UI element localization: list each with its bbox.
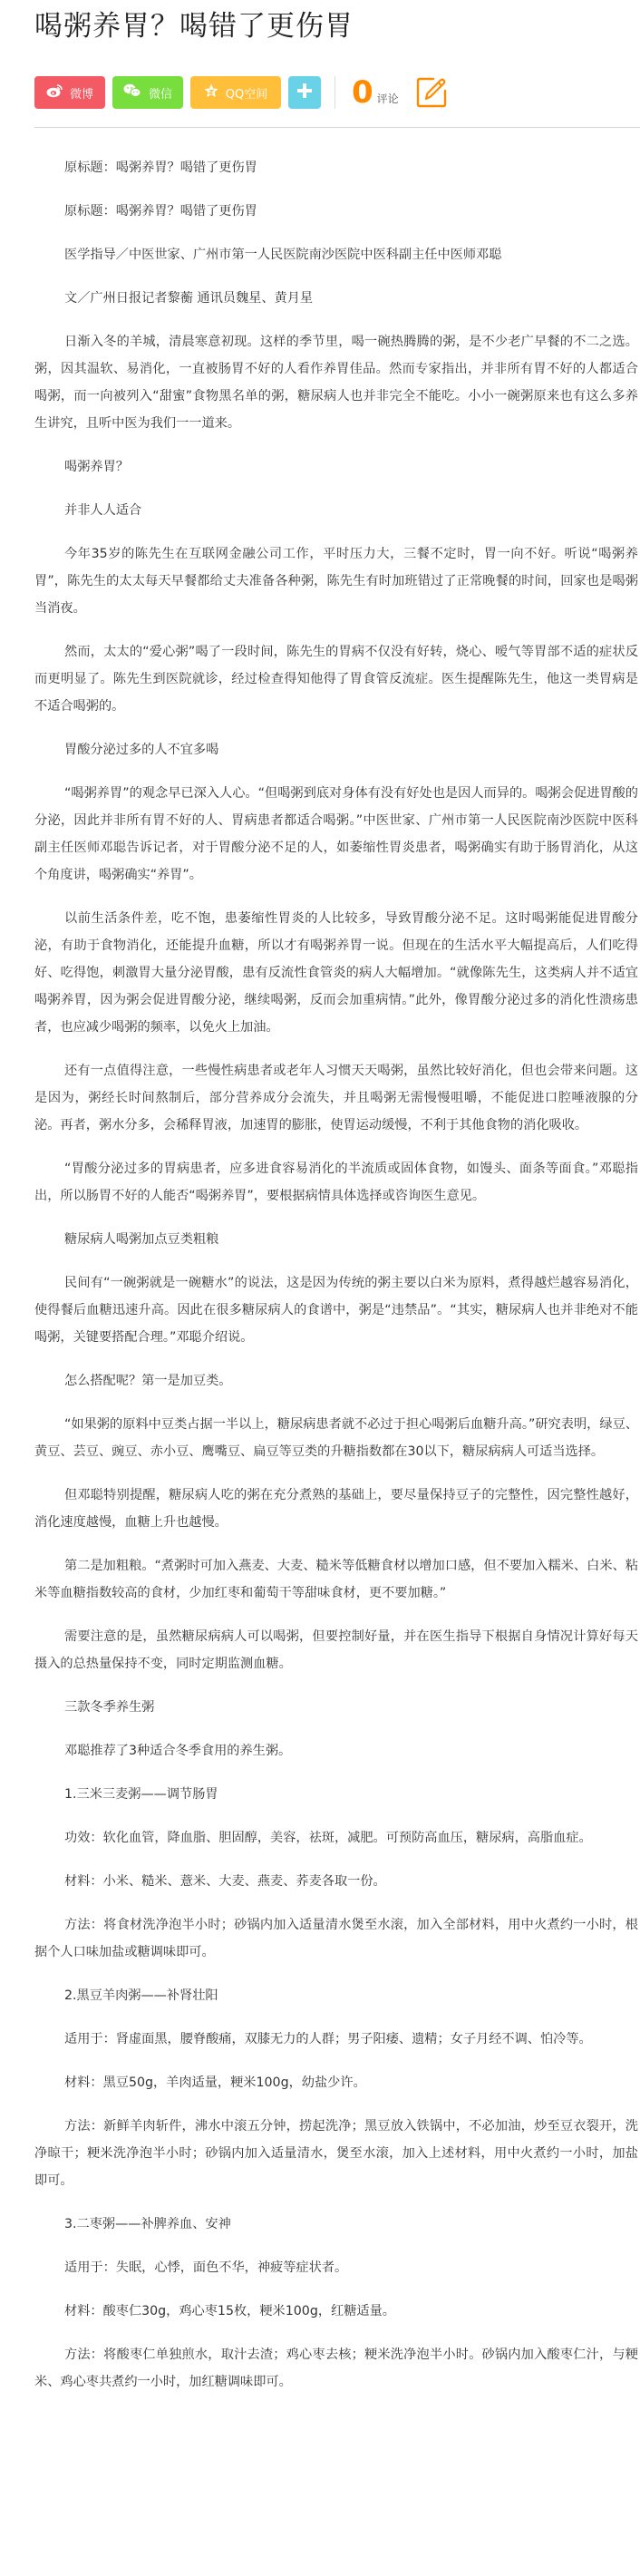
recipe-3-title: 3.二枣粥——补脾养血、安神 — [34, 2211, 638, 2238]
share-more-button[interactable] — [288, 76, 321, 109]
recipe-1-effect: 功效：软化血管，降血脂、胆固醇，美容，祛斑，减肥。可预防高血压，糖尿病，高脂血症… — [34, 1824, 638, 1852]
recipe-3-ingredients: 材料：酸枣仁30g，鸡心枣15枚，粳米100g，红糖适量。 — [34, 2298, 638, 2325]
subheading-diabetes: 糖尿病人喝粥加点豆类粗粮 — [34, 1226, 638, 1253]
paragraph: 但邓聪特别提醒，糖尿病人吃的粥在充分煮熟的基础上，要尽量保持豆子的完整性，因完整… — [34, 1482, 638, 1536]
wechat-icon — [123, 83, 141, 102]
share-weibo-label: 微博 — [70, 84, 93, 102]
article-body: 原标题：喝粥养胃？喝错了更伤胃 原标题：喝粥养胃？喝错了更伤胃 医学指导／中医世… — [34, 154, 638, 2412]
header-divider — [34, 127, 640, 128]
share-wechat-label: 微信 — [149, 84, 172, 102]
article-title: 喝粥养胃？喝错了更伤胃 — [34, 7, 354, 45]
share-wechat-button[interactable]: 微信 — [112, 76, 183, 109]
plus-icon — [296, 83, 313, 102]
paragraph: 然而，太太的“爱心粥”喝了一段时间，陈先生的胃病不仅没有好转，烧心、嗳气等胃部不… — [34, 638, 638, 720]
paragraph: 今年35岁的陈先生在互联网金融公司工作，平时压力大，三餐不定时，胃一向不好。听说… — [34, 540, 638, 622]
recipe-3-suitable: 适用于：失眠，心悸，面色不华，神疲等症状者。 — [34, 2254, 638, 2281]
paragraph: 第二是加粗粮。“煮粥时可加入燕麦、大麦、糙米等低糖食材以增加口感，但不要加入糯米… — [34, 1552, 638, 1607]
share-divider — [335, 76, 335, 109]
recipe-1-title: 1.三米三麦粥——调节肠胃 — [34, 1781, 638, 1808]
paragraph: 邓聪推荐了3种适合冬季食用的养生粥。 — [34, 1737, 638, 1764]
paragraph-intro: 日渐入冬的羊城，清晨寒意初现。这样的季节里，喝一碗热腾腾的粥，是不少老广早餐的不… — [34, 328, 638, 437]
paragraph-medical-guidance: 医学指导／中医世家、广州市第一人民医院南沙医院中医科副主任中医师邓聪 — [34, 241, 638, 268]
recipe-1-ingredients: 材料：小米、糙米、薏米、大麦、燕麦、荞麦各取一份。 — [34, 1868, 638, 1895]
paragraph: 需要注意的是，虽然糖尿病病人可以喝粥，但要控制好量，并在医生指导下根据自身情况计… — [34, 1623, 638, 1677]
share-bar: 微博 微信 QQ空间 — [34, 76, 448, 109]
paragraph: “喝粥养胃”的观念早已深入人心。“但喝粥到底对身体有没有好处也是因人而异的。喝粥… — [34, 780, 638, 889]
paragraph: “胃酸分泌过多的胃病患者，应多进食容易消化的半流质或固体食物，如馒头、面条等面食… — [34, 1155, 638, 1210]
share-qzone-label: QQ空间 — [226, 84, 267, 102]
share-weibo-button[interactable]: 微博 — [34, 76, 105, 109]
recipe-3-method: 方法：将酸枣仁单独煎水，取汁去渣；鸡心枣去核；粳米洗净泡半小时。砂锅内加入酸枣仁… — [34, 2341, 638, 2396]
qzone-star-icon — [204, 83, 218, 102]
subheading-excess-acid: 胃酸分泌过多的人不宜多喝 — [34, 736, 638, 763]
subheading-not-for-everyone: 并非人人适合 — [34, 497, 638, 524]
paragraph: 还有一点值得注意，一些慢性病患者或老年人习惯天天喝粥，虽然比较好消化，但也会带来… — [34, 1057, 638, 1139]
weibo-icon — [46, 83, 63, 102]
paragraph-byline: 文／广州日报记者黎蘅 通讯员魏星、黄月星 — [34, 285, 638, 312]
edit-pencil-icon[interactable] — [415, 76, 448, 109]
paragraph-original-title: 原标题：喝粥养胃？喝错了更伤胃 — [34, 154, 638, 181]
recipe-2-suitable: 适用于：肾虚面黑，腰脊酸痛，双膝无力的人群；男子阳痿、遗精；女子月经不调、怕冷等… — [34, 2026, 638, 2053]
paragraph: 以前生活条件差，吃不饱，患萎缩性胃炎的人比较多，导致胃酸分泌不足。这时喝粥能促进… — [34, 905, 638, 1041]
paragraph-original-title-repeat: 原标题：喝粥养胃？喝错了更伤胃 — [34, 198, 638, 225]
paragraph: 民间有“一碗粥就是一碗糖水”的说法，这是因为传统的粥主要以白米为原料，煮得越烂越… — [34, 1269, 638, 1351]
recipe-2-title: 2.黑豆羊肉粥——补肾壮阳 — [34, 1982, 638, 2009]
paragraph: 怎么搭配呢？第一是加豆类。 — [34, 1367, 638, 1395]
subheading-porridge-stomach: 喝粥养胃？ — [34, 453, 638, 481]
recipe-1-method: 方法：将食材洗净泡半小时；砂锅内加入适量清水煲至水滚，加入全部材料，用中火煮约一… — [34, 1911, 638, 1966]
paragraph: “如果粥的原料中豆类占据一半以上，糖尿病患者就不必过于担心喝粥后血糖升高。”研究… — [34, 1411, 638, 1465]
comment-label[interactable]: 评论 — [377, 91, 399, 106]
share-qzone-button[interactable]: QQ空间 — [190, 76, 281, 109]
recipe-2-ingredients: 材料：黑豆50g，羊肉适量，粳米100g，幼盐少许。 — [34, 2069, 638, 2096]
subheading-three-recipes: 三款冬季养生粥 — [34, 1694, 638, 1721]
recipe-2-method: 方法：新鲜羊肉斩件，沸水中滚五分钟，捞起洗净；黑豆放入铁锅中，不必加油，炒至豆衣… — [34, 2113, 638, 2194]
comment-count[interactable]: 0 — [352, 76, 373, 109]
